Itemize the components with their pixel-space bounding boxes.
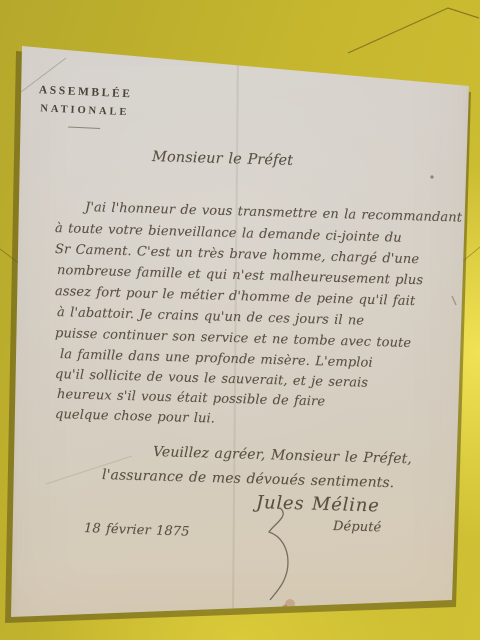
paper-speck	[430, 175, 433, 178]
letterhead-line2: NATIONALE	[35, 103, 135, 119]
backdrop-crease-top-right	[348, 8, 479, 53]
signature-flourish	[269, 508, 288, 600]
paper-edge-nick	[452, 296, 456, 305]
letter-paper: ASSEMBLÉE NATIONALE Monsieur le Préfet J…	[0, 0, 480, 640]
signature-title: Député	[333, 519, 382, 535]
photo-background: ASSEMBLÉE NATIONALE Monsieur le Préfet J…	[0, 0, 480, 640]
letterhead: ASSEMBLÉE NATIONALE	[34, 84, 136, 130]
signature-name: Jules Méline	[256, 492, 380, 516]
